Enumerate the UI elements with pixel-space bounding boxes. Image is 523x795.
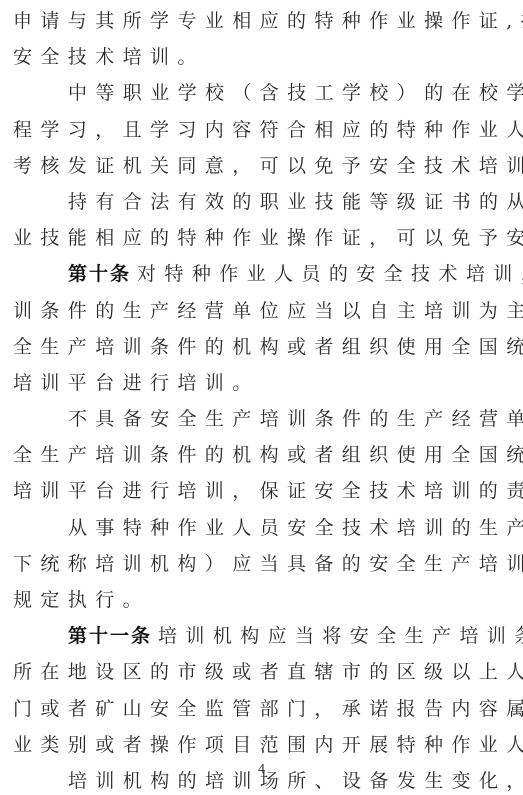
text-line: 申请与其所学专业相应的特种作业操作证,持学历证明可以免予 (13, 3, 513, 39)
text-line: 训条件的生产经营单位应当以自主培训为主,也可以委托具备安 (13, 293, 513, 329)
article-heading: 第十一条 (68, 625, 152, 647)
text-line: 培训平台进行培训，保证安全技术培训的责任仍由本单位负责。 (13, 473, 513, 509)
text-line: 全生产培训条件的机构或者组织使用全国统一的特种作业线上 (13, 437, 513, 473)
text-line: 所在地设区的市级或者直辖市的区级以上人民政府应急管理部 (13, 654, 513, 690)
article-10: 第十条对特种作业人员的安全技术培训，具备安全生产培 (13, 256, 513, 292)
text-line: 全生产培训条件的机构或者组织使用全国统一的特种作业线上 (13, 329, 513, 365)
article-11: 第十一条培训机构应当将安全生产培训条件书面报告从业 (13, 618, 513, 654)
text-line: 门或者矿山安全监管部门，承诺报告内容属实，并在书面报告作 (13, 691, 513, 727)
text-line: 下统称培训机构）应当具备的安全生产培训条件，按照有关标准 (13, 546, 513, 582)
paragraph-start: 中等职业学校（含技工学校）的在校学生，完成有关专业课 (13, 75, 513, 111)
article-heading: 第十条 (68, 263, 131, 285)
article-text: 培训机构应当将安全生产培训条件书面报告从业 (158, 625, 523, 647)
text-line: 规定执行。 (13, 582, 513, 618)
paragraph-start: 从事特种作业人员安全技术培训的生产经营单位和机构( 以 (13, 510, 513, 546)
text-line: 安全技术培训。 (13, 39, 513, 75)
text-line: 业技能相应的特种作业操作证，可以免予安全技术培训。 (13, 220, 513, 256)
article-text: 对特种作业人员的安全技术培训，具备安全生产培 (137, 263, 523, 285)
paragraph-start: 持有合法有效的职业技能等级证书的从业人员,申请与其职 (13, 184, 513, 220)
text-line: 业类别或者操作项目范围内开展特种作业人员安全技术培训。 (13, 727, 513, 763)
page-number: 4 (0, 762, 523, 778)
text-line: 培训平台进行培训。 (13, 365, 513, 401)
document-page: 申请与其所学专业相应的特种作业操作证,持学历证明可以免予 安全技术培训。 中等职… (13, 3, 513, 795)
paragraph-start: 不具备安全生产培训条件的生产经营单位,应当委托具备安 (13, 401, 513, 437)
text-line: 考核发证机关同意，可以免予安全技术培训。 (13, 148, 513, 184)
text-line: 程学习，且学习内容符合相应的特种作业人员培训大纲要求，经 (13, 112, 513, 148)
